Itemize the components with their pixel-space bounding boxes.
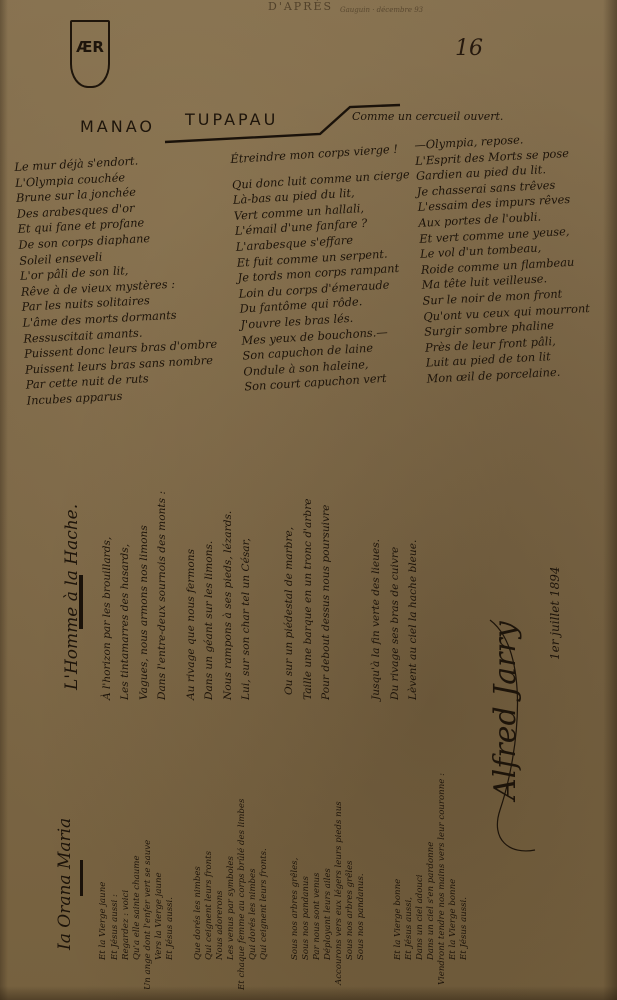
title-rule-line: [160, 100, 405, 146]
verse-line: Dans l'entre-deux sournois des monts :: [156, 491, 168, 700]
verse-line: Et Jésus aussi :: [110, 894, 120, 960]
verse-line: Nous rampons à ses pieds, lézards.: [222, 511, 234, 700]
top-stamp: D'APRÈS: [268, 0, 333, 13]
verse-line: Qui ceignent leurs fronts: [204, 851, 214, 960]
verse-line: Accourons vers eux légers leurs pieds nu…: [334, 801, 344, 985]
poem-column-1: Le mur déjà s'endort. L'Olympia couchée …: [14, 150, 220, 409]
monogram: ÆR: [72, 38, 108, 56]
top-stamp-sub: Gauguin · décembre 93: [340, 6, 423, 14]
verse-line: Sous nos pandanus.: [356, 873, 366, 960]
verse-line: Les venus par symboles: [226, 856, 236, 960]
verse-line: Et Jésus aussi,: [404, 897, 414, 960]
verse-line: Et Jésus aussi.: [459, 897, 469, 960]
verse-line: Lui, sur son char tel un César,: [240, 538, 252, 700]
verse-line: Sous nos pandanus: [301, 876, 311, 960]
verse-line: Regardez : voici: [121, 890, 131, 960]
verse-line: Sous nos arbres grêles,: [290, 858, 300, 960]
verse-line: Un ange dont l'enfer vert se sauve: [143, 840, 153, 990]
signature-flourish: [480, 610, 540, 860]
date-line: 1er juillet 1894: [548, 566, 562, 660]
poem-subtitle: Comme un cercueil ouvert.: [352, 110, 503, 123]
paper-edge-right: [603, 0, 617, 1000]
poem-title-word1: MANAO: [80, 117, 155, 136]
verse-line: Dans un ciel adouci: [415, 874, 425, 960]
verse-line: Et la Vierge jaune: [98, 882, 108, 960]
title-underline: [80, 860, 83, 896]
paper-edge-bottom: [0, 986, 617, 1000]
verse-line: Déployant leurs ailes: [323, 868, 333, 960]
verse-line: Par nous sont venus: [312, 873, 322, 960]
title-underline: [79, 575, 83, 629]
verse-line: Vagues, nous armons nos limons: [138, 525, 150, 700]
verse-line: Au rivage que nous fermons: [185, 549, 197, 700]
verse-line: Vers la Vierge jaune: [154, 872, 164, 960]
verse-line: Que dorés les nimbes: [193, 866, 203, 960]
orana-title: Ia Orana Maria: [55, 818, 75, 950]
verse-line: Sous nos arbres grêles: [345, 860, 355, 960]
verse-line: Qui dorés les nimbes: [248, 869, 258, 960]
verse-line: Lèvent au ciel la hache bleue.: [407, 540, 419, 700]
poem-column-3: —Olympia, repose. L'Esprit des Morts se …: [414, 129, 593, 387]
verse-line: Et chaque femme au corps brûlé des limbe…: [237, 799, 247, 990]
verse-line: Du rivage ses bras de cuivre: [389, 547, 401, 700]
verse-line: Les tintamarres des hasards,: [119, 544, 131, 700]
verse-line: Viendront tendre nos mains vers leur cou…: [437, 773, 447, 985]
verse-line: Et la Vierge bonne: [393, 879, 403, 960]
verse-line: Et la Vierge bonne: [448, 879, 458, 960]
verse-line: Ou sur un piédestal de marbre,: [283, 527, 295, 695]
poem-column-2: Étreindre mon corps vierge ! Qui donc lu…: [230, 141, 423, 395]
verse-line: Qui ceignent leurs fronts.: [259, 848, 269, 960]
page-number: 16: [455, 36, 483, 61]
paper-edge-left: [0, 0, 8, 1000]
verse-line: Dans un ciel s'en pardonne: [426, 842, 436, 960]
verse-line: Nous adorerons: [215, 890, 225, 960]
verse-line: Dans un géant sur les limons.: [203, 541, 215, 700]
manuscript-page: D'APRÈS Gauguin · décembre 93 16 ÆR MANA…: [0, 0, 617, 1000]
verse-line: À l'horizon par les brouillards,: [101, 537, 113, 700]
verse-line: Jusqu'à la fin verte des lieues.: [370, 539, 382, 700]
verse-line: Pour debout dessus nous poursuivre: [320, 505, 332, 700]
shield-monogram-icon: ÆR: [70, 20, 110, 88]
verse-line: Et Jésus aussi.: [165, 897, 175, 960]
verse-line: Taille une barque en un tronc d'arbre: [302, 498, 314, 700]
verse-line: Qu'a elle sainte chaume: [132, 855, 142, 960]
